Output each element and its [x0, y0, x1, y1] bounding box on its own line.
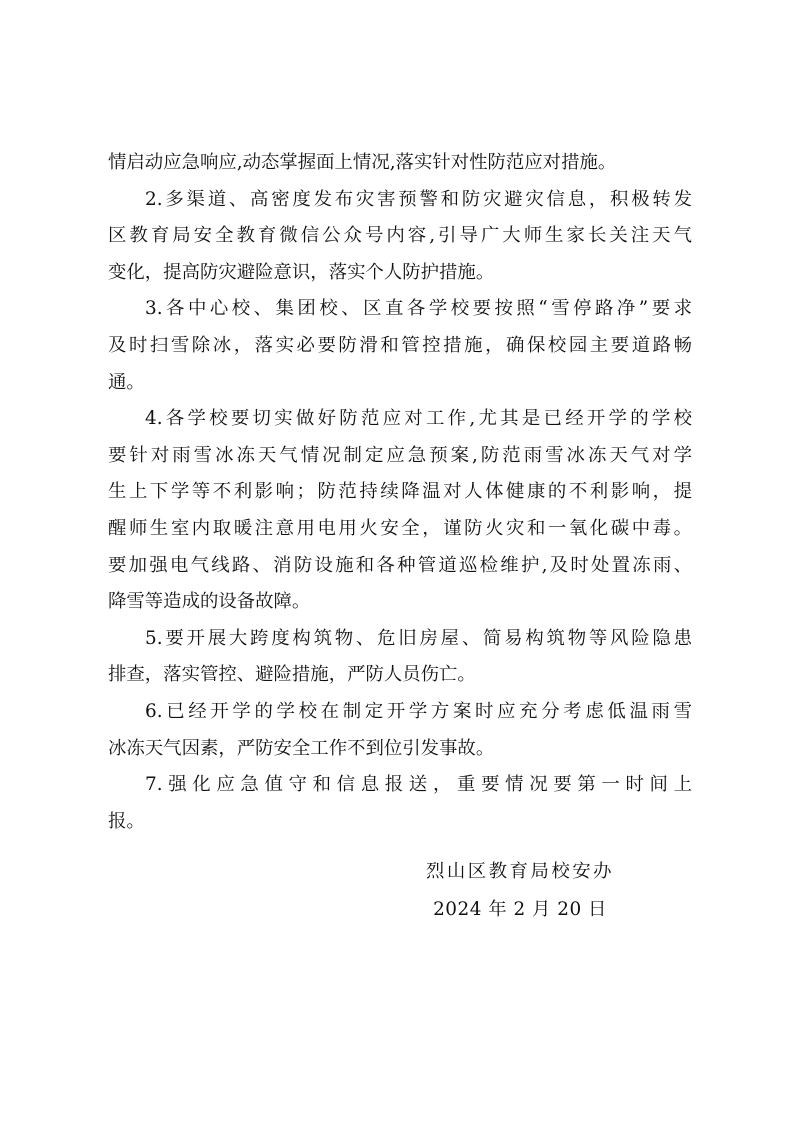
- text-line: 排查，落实管控、避险措施，严防人员伤亡。: [108, 657, 692, 694]
- document-page: 情启动应急响应,动态掌握面上情况,落实针对性防范应对措施。 2.多渠道、高密度发…: [0, 0, 793, 1122]
- text-line: 变化，提高防灾避险意识，落实个人防护措施。: [108, 255, 692, 292]
- text-line: 降雪等造成的设备故障。: [108, 584, 692, 621]
- text-line: 醒师生室内取暖注意用电用火安全，谨防火灾和一氧化碳中毒。: [108, 511, 692, 548]
- text-line: 情启动应急响应,动态掌握面上情况,落实针对性防范应对措施。: [108, 145, 692, 182]
- list-item-6-line-1: 6.已经开学的学校在制定开学方案时应充分考虑低温雨雪: [108, 694, 692, 731]
- issuing-organization: 烈山区教育局校安办: [420, 853, 620, 891]
- list-item-4-line-1: 4.各学校要切实做好防范应对工作,尤其是已经开学的学校: [108, 401, 692, 438]
- text-line: 要加强电气线路、消防设施和各种管道巡检维护,及时处置冻雨、: [108, 548, 692, 585]
- text-line: 区教育局安全教育微信公众号内容,引导广大师生家长关注天气: [108, 218, 692, 255]
- document-body: 情启动应急响应,动态掌握面上情况,落实针对性防范应对措施。 2.多渠道、高密度发…: [108, 145, 692, 840]
- text-line: 及时扫雪除冰，落实必要防滑和管控措施，确保校园主要道路畅: [108, 328, 692, 365]
- list-item-2-line-1: 2.多渠道、高密度发布灾害预警和防灾避灾信息，积极转发: [108, 182, 692, 219]
- list-item-3-line-1: 3.各中心校、集团校、区直各学校要按照“雪停路净”要求: [108, 291, 692, 328]
- text-line: 报。: [108, 804, 692, 841]
- list-item-5-line-1: 5.要开展大跨度构筑物、危旧房屋、简易构筑物等风险隐患: [108, 621, 692, 658]
- text-line: 冰冻天气因素，严防安全工作不到位引发事故。: [108, 731, 692, 768]
- issue-date: 2024 年 2 月 20 日: [420, 891, 620, 929]
- text-line: 生上下学等不利影响；防范持续降温对人体健康的不利影响，提: [108, 474, 692, 511]
- text-line: 通。: [108, 365, 692, 402]
- signature-block: 烈山区教育局校安办 2024 年 2 月 20 日: [420, 853, 620, 929]
- list-item-7-line-1: 7.强化应急值守和信息报送，重要情况要第一时间上: [108, 767, 692, 804]
- text-line: 要针对雨雪冰冻天气情况制定应急预案,防范雨雪冰冻天气对学: [108, 438, 692, 475]
